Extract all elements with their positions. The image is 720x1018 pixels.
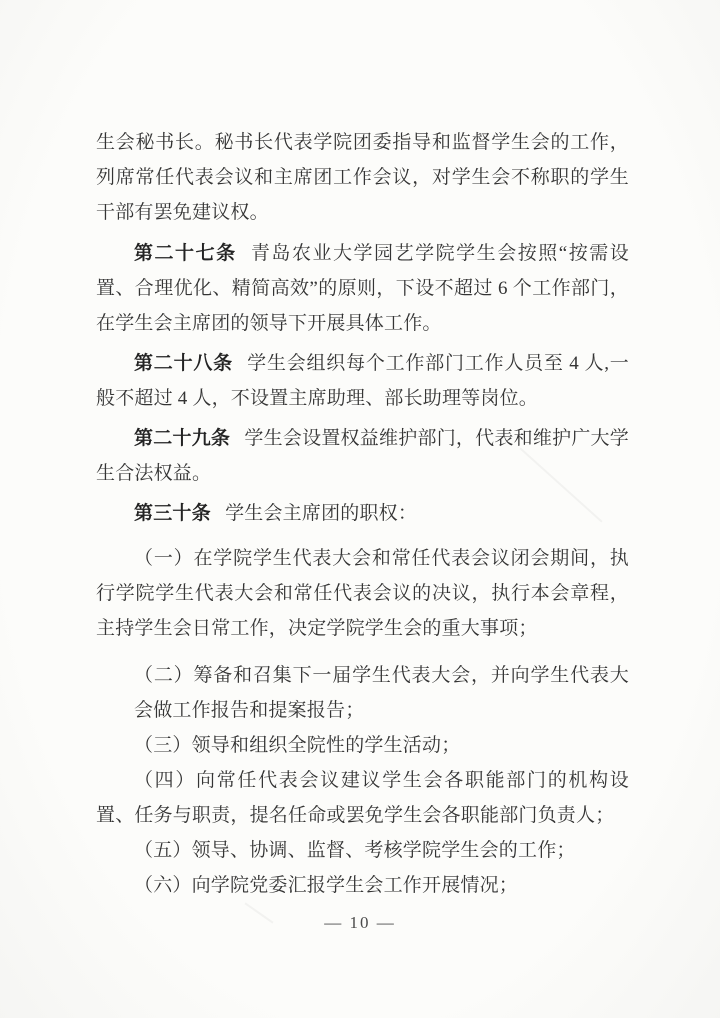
paragraph-continuation: 生会秘书长。秘书长代表学院团委指导和监督学生会的工作，列席常任代表会议和主席团工… xyxy=(96,125,629,230)
article-28: 第二十八条学生会组织每个工作部门工作人员至 4 人,一般不超过 4 人，不设置主… xyxy=(96,346,629,416)
article-30: 第三十条学生会主席团的职权： xyxy=(96,496,629,531)
clause-5: （五）领导、协调、监督、考核学院学生会的工作； xyxy=(96,833,629,868)
clause-4: （四）向常任代表会议建议学生会各职能部门的机构设置、任务与职责，提名任命或罢免学… xyxy=(96,763,629,833)
article-30-text: 学生会主席团的职权： xyxy=(225,503,417,524)
article-29-label: 第二十九条 xyxy=(134,427,230,449)
document-page: 生会秘书长。秘书长代表学院团委指导和监督学生会的工作，列席常任代表会议和主席团工… xyxy=(0,0,720,1018)
article-28-label: 第二十八条 xyxy=(134,352,233,374)
clause-3: （三）领导和组织全院性的学生活动； xyxy=(96,728,629,763)
clause-1: （一）在学院学生代表大会和常任代表会议闭会期间，执行学院学生代表大会和常任代表会… xyxy=(96,541,629,646)
clause-2: （二）筹备和召集下一届学生代表大会，并向学生代表大会做工作报告和提案报告； xyxy=(96,658,629,728)
article-29: 第二十九条学生会设置权益维护部门，代表和维护广大学生合法权益。 xyxy=(96,421,629,491)
clause-6: （六）向学院党委汇报学生会工作开展情况； xyxy=(96,868,629,903)
article-27-label: 第二十七条 xyxy=(134,242,237,264)
article-30-label: 第三十条 xyxy=(134,502,211,524)
document-body: 生会秘书长。秘书长代表学院团委指导和监督学生会的工作，列席常任代表会议和主席团工… xyxy=(96,125,629,903)
article-27: 第二十七条青岛农业大学园艺学院学生会按照“按需设置、合理优化、精简高效”的原则，… xyxy=(96,236,629,341)
page-number: — 10 — xyxy=(0,913,720,933)
